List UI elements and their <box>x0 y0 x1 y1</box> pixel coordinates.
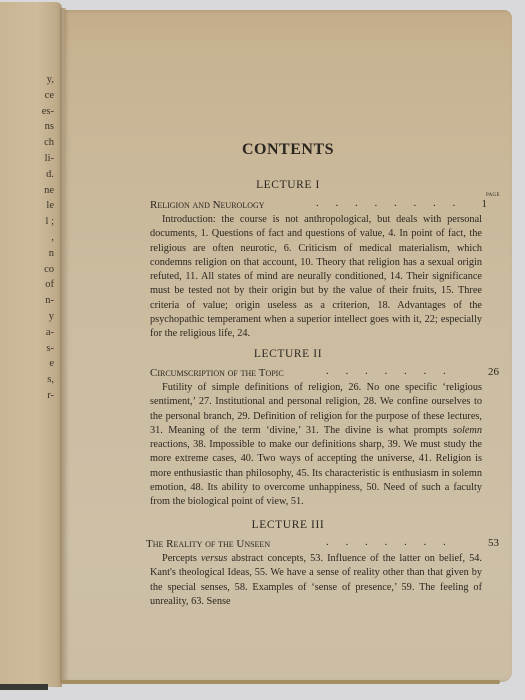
left-page-fragment: es- <box>42 104 54 120</box>
left-page-fragment: ns <box>42 119 54 135</box>
left-page-fragment: ce <box>42 88 54 104</box>
lecture-1-leader-dots: . . . . . . . . <box>316 197 462 209</box>
lecture-1-label: LECTURE I <box>64 179 512 191</box>
left-page-fragment: le <box>42 198 54 214</box>
left-page: y,cees-nschli-d.nelel ;,ncoofn-ya-s-es,r… <box>0 2 62 687</box>
left-page-fragment: ch <box>42 135 54 151</box>
left-page-fragment: y, <box>42 72 54 88</box>
summary-emphasis: solemn <box>453 425 482 436</box>
lecture-3-page-number: 53 <box>479 537 499 549</box>
lecture-3-leader-dots: . . . . . . . <box>326 536 453 548</box>
summary-emphasis: versus <box>201 553 227 564</box>
lecture-3-summary: Percepts versus abstract concepts, 53. I… <box>150 552 482 609</box>
page-column-label: PAGE <box>486 193 500 198</box>
left-page-fragment: , <box>42 230 54 246</box>
left-page-fragment: of <box>42 277 54 293</box>
page-title: CONTENTS <box>64 141 512 159</box>
summary-text: Futility of simple definitions of religi… <box>150 382 482 436</box>
left-page-fragment: r- <box>42 388 54 404</box>
left-page-text-fragments: y,cees-nschli-d.nelel ;,ncoofn-ya-s-es,r… <box>42 72 54 404</box>
lecture-2-page-number: 26 <box>479 366 499 378</box>
left-page-fragment: li- <box>42 151 54 167</box>
left-page-fragment: s- <box>42 341 54 357</box>
left-page-fragment: y <box>42 309 54 325</box>
left-page-fragment: n <box>42 246 54 262</box>
left-page-fragment: ne <box>42 183 54 199</box>
left-page-fragment: d. <box>42 167 54 183</box>
left-page-fragment: a- <box>42 325 54 341</box>
summary-text: reactions, 38. Impossible to make our de… <box>150 439 482 507</box>
left-page-fragment: co <box>42 262 54 278</box>
lecture-1-summary: Introduction: the course is not anthropo… <box>150 213 482 342</box>
left-page-fragment: e <box>42 356 54 372</box>
contents-page: CONTENTS LECTURE I PAGE Religion and Neu… <box>64 10 512 682</box>
summary-text: Percepts <box>162 553 201 564</box>
page-bottom-edge <box>60 680 500 684</box>
lecture-2-label: LECTURE II <box>64 348 512 360</box>
lecture-2-summary: Futility of simple definitions of religi… <box>150 381 482 510</box>
lecture-3-label: LECTURE III <box>64 519 512 531</box>
lecture-2-leader-dots: . . . . . . . <box>326 365 453 377</box>
left-page-fragment: l ; <box>42 214 54 230</box>
lecture-1-page-number: 1 <box>467 198 487 210</box>
left-page-fragment: s, <box>42 372 54 388</box>
book-cover-edge <box>0 684 48 690</box>
left-page-fragment: n- <box>42 293 54 309</box>
